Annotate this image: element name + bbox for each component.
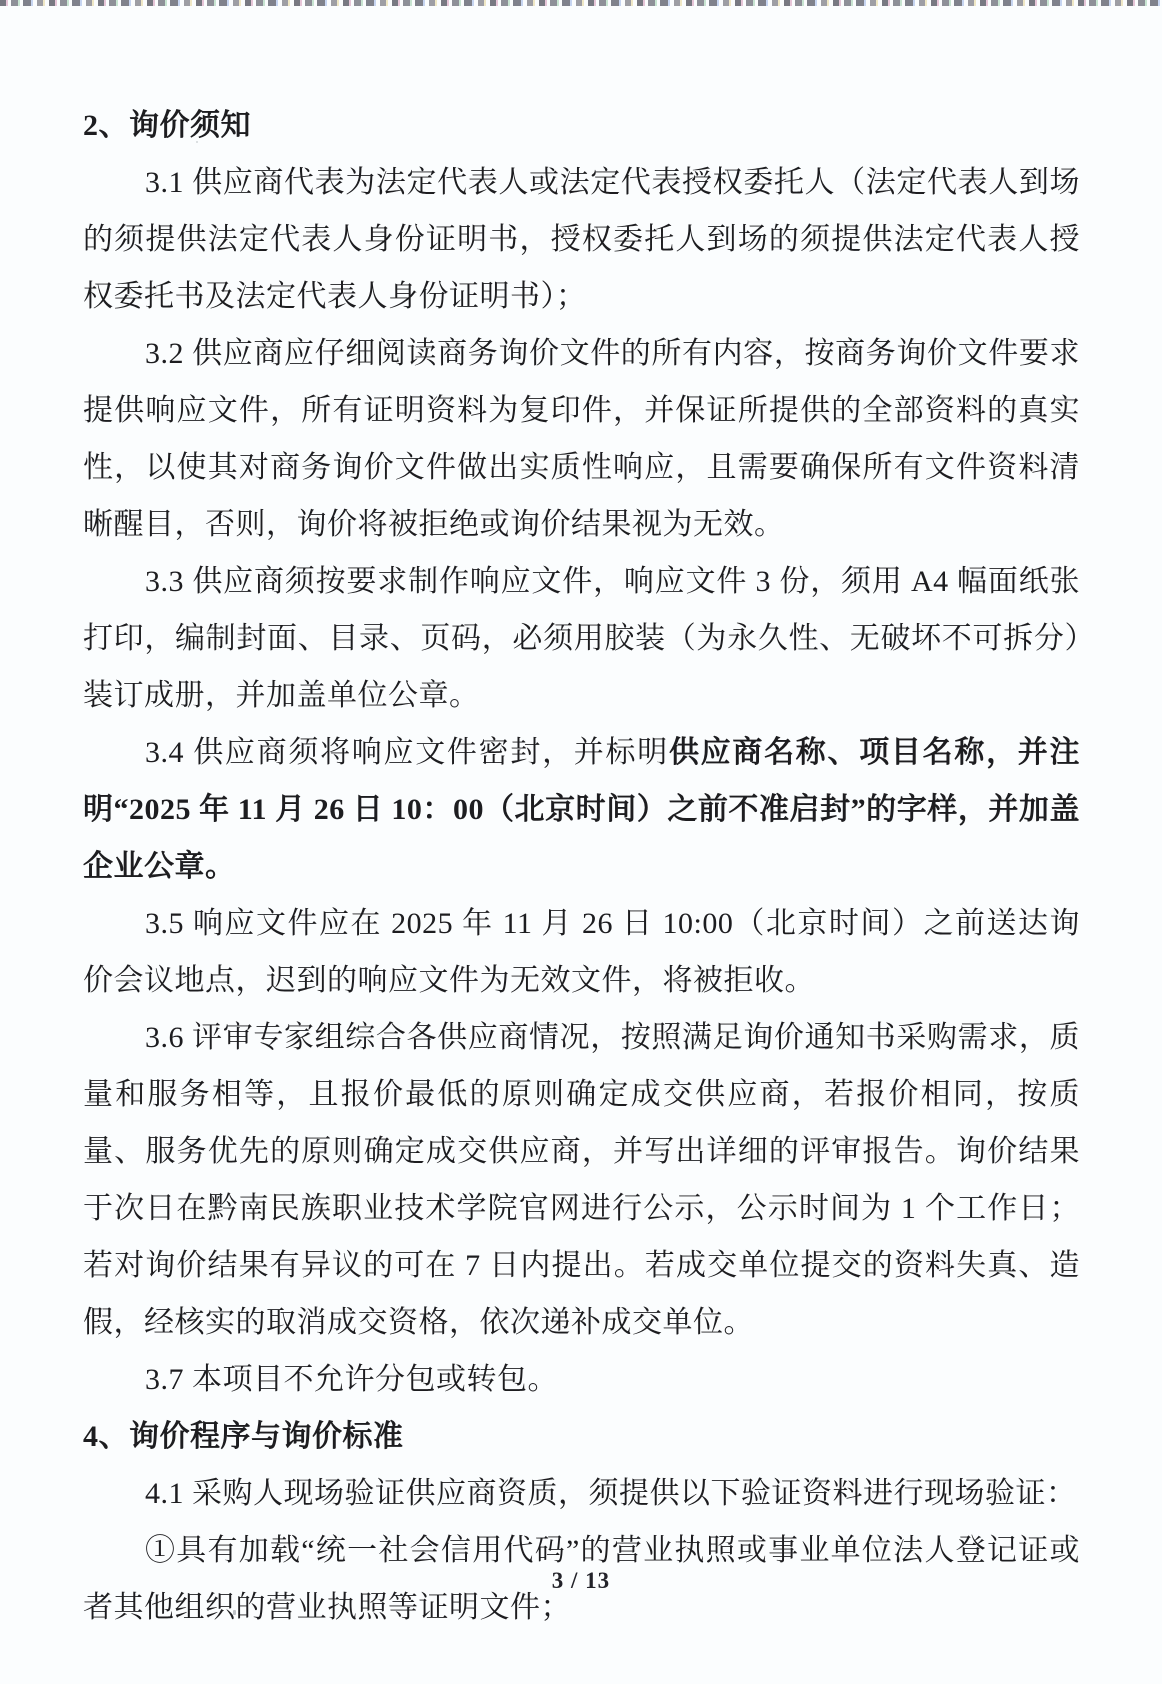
text-run: 3.4 供应商须将响应文件密封，并标明 xyxy=(145,736,669,769)
paragraph: 3.7 本项目不允许分包或转包。 xyxy=(83,1351,1080,1408)
paragraph: 4.1 采购人现场验证供应商资质，须提供以下验证资料进行现场验证： xyxy=(83,1465,1080,1522)
page-number: 3 / 13 xyxy=(0,1568,1162,1594)
text-run: 2、询价须知 xyxy=(83,109,251,142)
text-run: 4.1 采购人现场验证供应商资质，须提供以下验证资料进行现场验证： xyxy=(145,1477,1077,1510)
section-heading: 2、询价须知 xyxy=(83,97,1080,154)
paragraph: 3.5 响应文件应在 2025 年 11 月 26 日 10:00（北京时间）之… xyxy=(83,895,1080,1009)
scan-noise-artifact xyxy=(0,0,1162,6)
paragraph: 3.3 供应商须按要求制作响应文件，响应文件 3 份，须用 A4 幅面纸张打印，… xyxy=(83,553,1080,724)
paragraph: 3.1 供应商代表为法定代表人或法定代表授权委托人（法定代表人到场的须提供法定代… xyxy=(83,154,1080,325)
text-run: 3.2 供应商应仔细阅读商务询价文件的所有内容，按商务询价文件要求提供响应文件，… xyxy=(83,337,1080,541)
text-run: 3.6 评审专家组综合各供应商情况，按照满足询价通知书采购需求，质量和服务相等，… xyxy=(83,1021,1080,1339)
document-body: 2、询价须知3.1 供应商代表为法定代表人或法定代表授权委托人（法定代表人到场的… xyxy=(83,97,1080,1636)
text-run: 4、询价程序与询价标准 xyxy=(83,1420,404,1453)
text-run: 3.3 供应商须按要求制作响应文件，响应文件 3 份，须用 A4 幅面纸张打印，… xyxy=(83,565,1080,712)
text-run: 3.7 本项目不允许分包或转包。 xyxy=(145,1363,558,1396)
paragraph: 3.2 供应商应仔细阅读商务询价文件的所有内容，按商务询价文件要求提供响应文件，… xyxy=(83,325,1080,553)
section-heading: 4、询价程序与询价标准 xyxy=(83,1408,1080,1465)
text-run: 3.1 供应商代表为法定代表人或法定代表授权委托人（法定代表人到场的须提供法定代… xyxy=(83,166,1080,313)
text-run: 3.5 响应文件应在 2025 年 11 月 26 日 10:00（北京时间）之… xyxy=(83,907,1080,997)
scan-speck xyxy=(196,141,198,143)
scan-speck xyxy=(233,1610,236,1615)
paragraph: 3.4 供应商须将响应文件密封，并标明供应商名称、项目名称，并注明“2025 年… xyxy=(83,724,1080,895)
paragraph: 3.6 评审专家组综合各供应商情况，按照满足询价通知书采购需求，质量和服务相等，… xyxy=(83,1009,1080,1351)
